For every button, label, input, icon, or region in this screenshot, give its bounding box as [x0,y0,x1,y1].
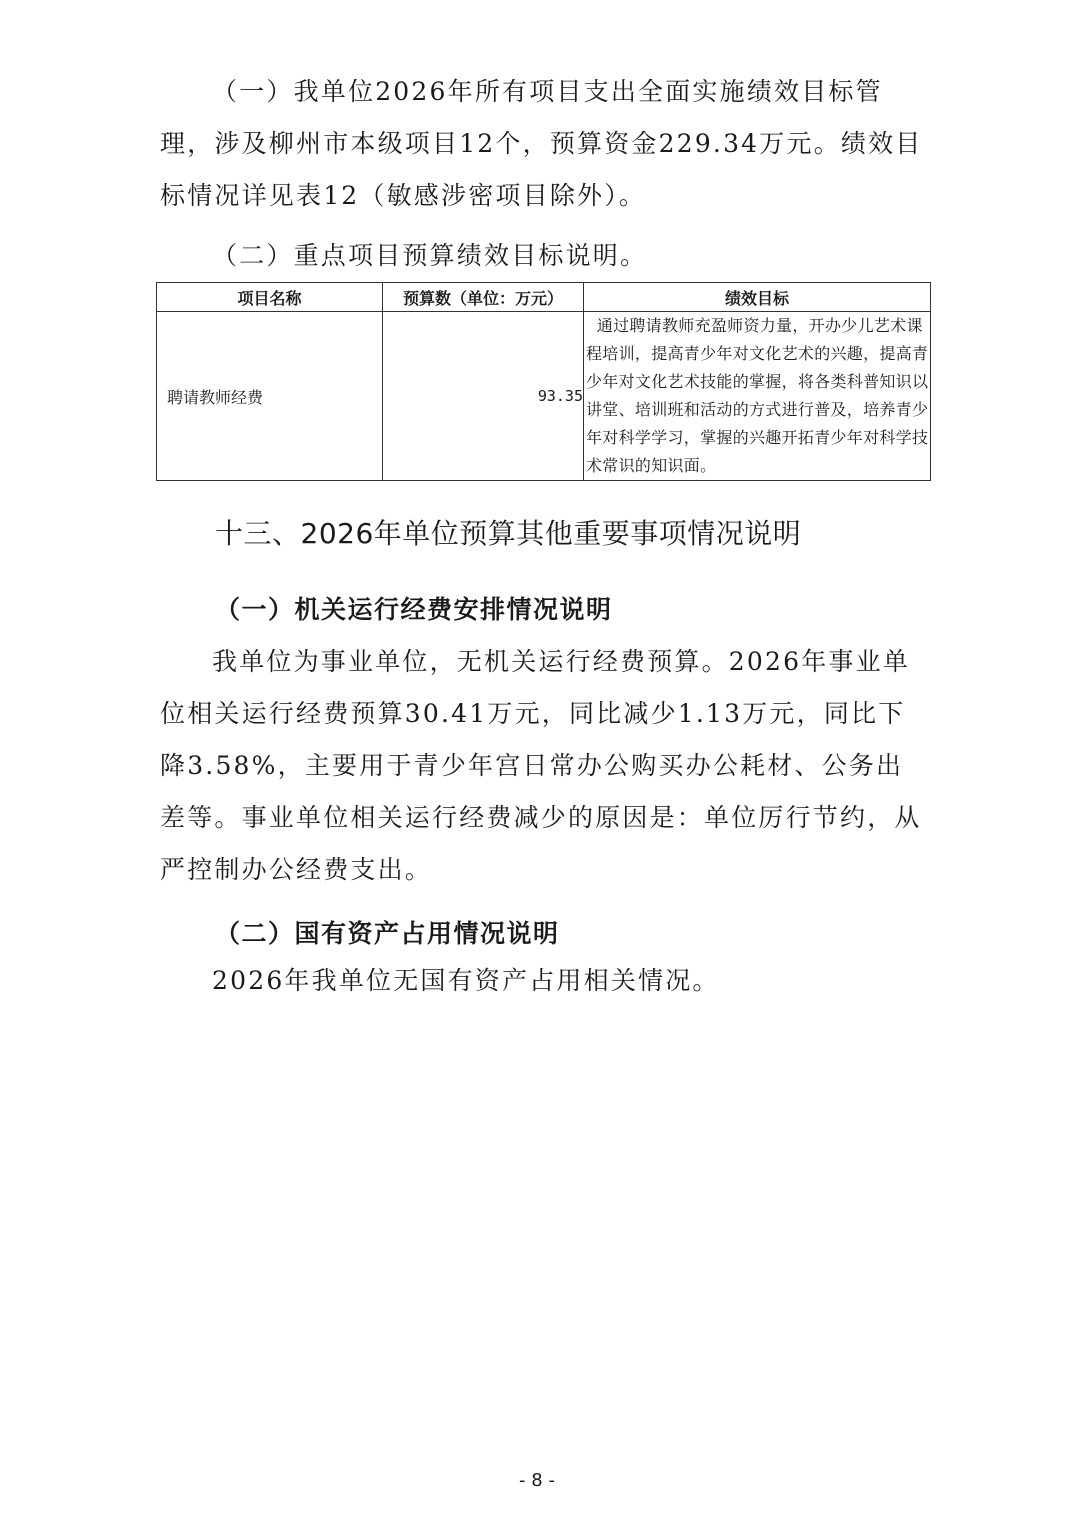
table-header-row: 项目名称 预算数（单位：万元） 绩效目标 [157,283,931,312]
cell-performance-goal: 通过聘请教师充盈师资力量，开办少儿艺术课程培训，提高青少年对文化艺术的兴趣，提高… [584,312,931,481]
page-number: - 8 - [0,1470,1074,1491]
header-performance-goal: 绩效目标 [584,283,931,312]
key-project-intro-text: （二）重点项目预算绩效目标说明。 [212,241,647,270]
state-assets-text: 2026年我单位无国有资产占用相关情况。 [212,966,720,995]
perf-mgmt-paragraph: （一）我单位2026年所有项目支出全面实施绩效目标管理，涉及柳州市本级项目12个… [160,66,930,222]
table-row: 聘请教师经费 93.35 通过聘请教师充盈师资力量，开办少儿艺术课程培训，提高青… [157,312,931,481]
operating-costs-text: 我单位为事业单位，无机关运行经费预算。2026年事业单位相关运行经费预算30.4… [160,647,922,884]
cell-project-name: 聘请教师经费 [157,312,383,481]
operating-costs-paragraph: 我单位为事业单位，无机关运行经费预算。2026年事业单位相关运行经费预算30.4… [160,636,930,896]
performance-goals-table: 项目名称 预算数（单位：万元） 绩效目标 聘请教师经费 93.35 通过聘请教师… [156,282,931,481]
perf-mgmt-text: （一）我单位2026年所有项目支出全面实施绩效目标管理，涉及柳州市本级项目12个… [160,77,923,210]
subsection-title-state-assets: （二）国有资产占用情况说明 [215,914,560,950]
header-project-name: 项目名称 [157,283,383,312]
state-assets-paragraph: 2026年我单位无国有资产占用相关情况。 [160,955,930,1007]
section-title-other-matters: 十三、2026年单位预算其他重要事项情况说明 [215,512,801,552]
header-budget-amount: 预算数（单位：万元） [383,283,584,312]
key-project-intro: （二）重点项目预算绩效目标说明。 [160,230,930,282]
subsection-title-operating-costs: （一）机关运行经费安排情况说明 [215,590,613,626]
cell-budget-amount: 93.35 [383,312,584,481]
